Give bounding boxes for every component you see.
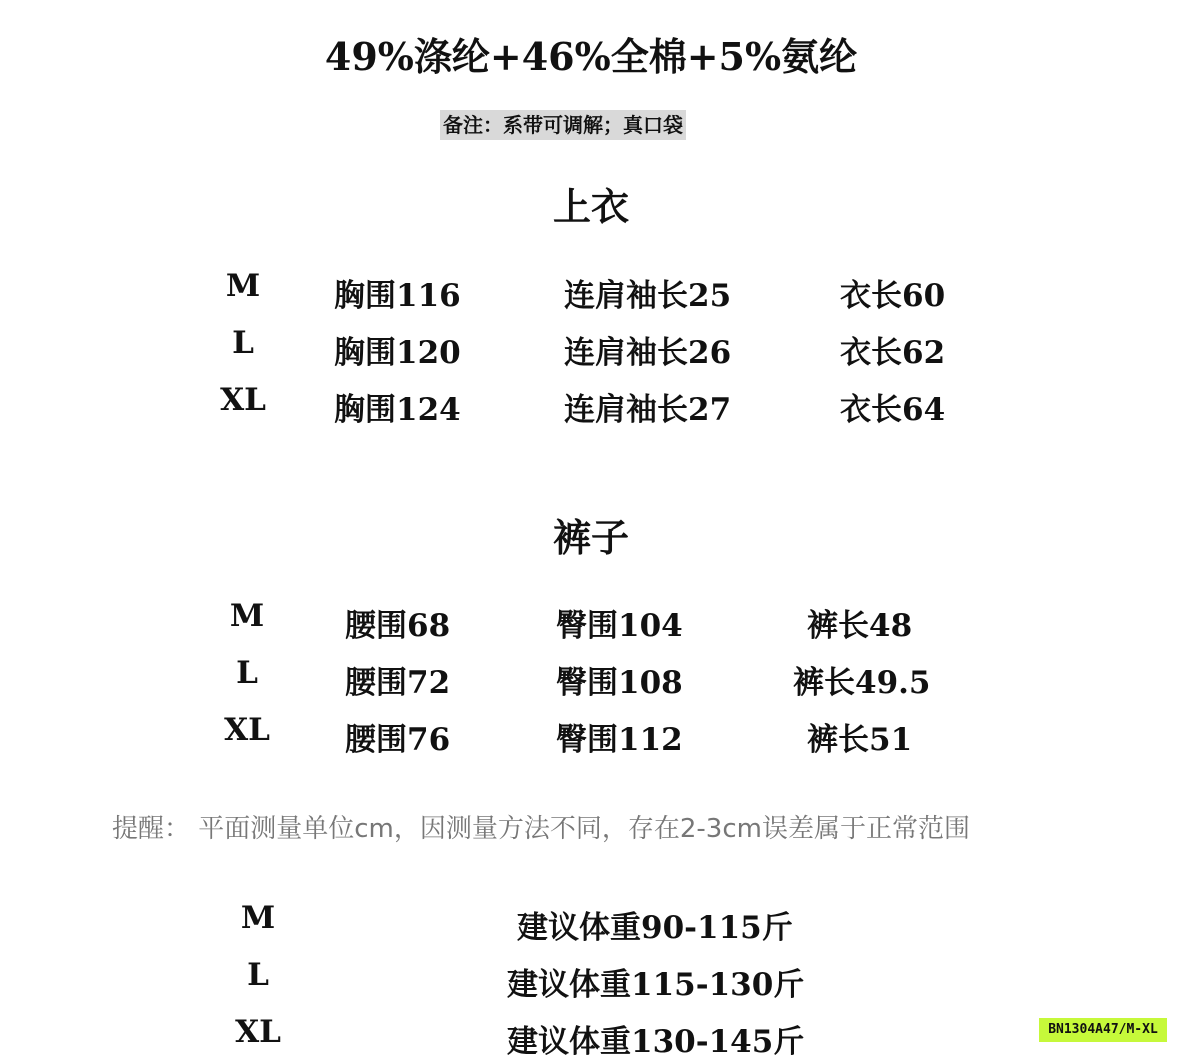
length-value: 衣长60 (840, 270, 945, 315)
section-title-top: 上衣 (0, 176, 1182, 231)
sleeve-value: 连肩袖长26 (564, 327, 731, 372)
length-value: 衣长62 (840, 327, 945, 372)
chest-value: 胸围116 (334, 270, 461, 315)
pants-length-value: 裤长49.5 (793, 657, 931, 702)
size-label: XL (207, 712, 287, 748)
weight-value: 建议体重115-130斤 (507, 959, 804, 1004)
hip-value: 臀围104 (556, 600, 683, 645)
size-label: M (203, 268, 283, 304)
weight-value: 建议体重90-115斤 (517, 902, 793, 947)
chest-value: 胸围124 (334, 384, 461, 429)
hip-value: 臀围112 (556, 714, 683, 759)
length-value: 衣长64 (840, 384, 945, 429)
weight-value: 建议体重130-145斤 (507, 1016, 804, 1058)
product-code-badge: BN1304A47/M-XL (1039, 1018, 1167, 1042)
fabric-composition-title: 49%涤纶+46%全棉+5%氨纶 (0, 26, 1182, 81)
sleeve-value: 连肩袖长27 (564, 384, 731, 429)
hip-value: 臀围108 (556, 657, 683, 702)
note-highlight: 备注：系带可调解；真口袋 (440, 110, 686, 140)
size-label: L (207, 655, 287, 691)
waist-value: 腰围68 (345, 600, 450, 645)
size-label: XL (218, 1014, 298, 1050)
chest-value: 胸围120 (334, 327, 461, 372)
sleeve-value: 连肩袖长25 (564, 270, 731, 315)
waist-value: 腰围72 (345, 657, 450, 702)
waist-value: 腰围76 (345, 714, 450, 759)
size-label: M (207, 598, 287, 634)
section-title-pants: 裤子 (0, 507, 1182, 562)
measurement-tip: 提醒： 平面测量单位cm，因测量方法不同，存在2-3cm误差属于正常范围 (112, 808, 970, 845)
size-label: L (218, 957, 298, 993)
size-label: M (218, 900, 298, 936)
size-label: L (203, 325, 283, 361)
pants-length-value: 裤长51 (807, 714, 912, 759)
size-label: XL (203, 382, 283, 418)
pants-length-value: 裤长48 (807, 600, 912, 645)
